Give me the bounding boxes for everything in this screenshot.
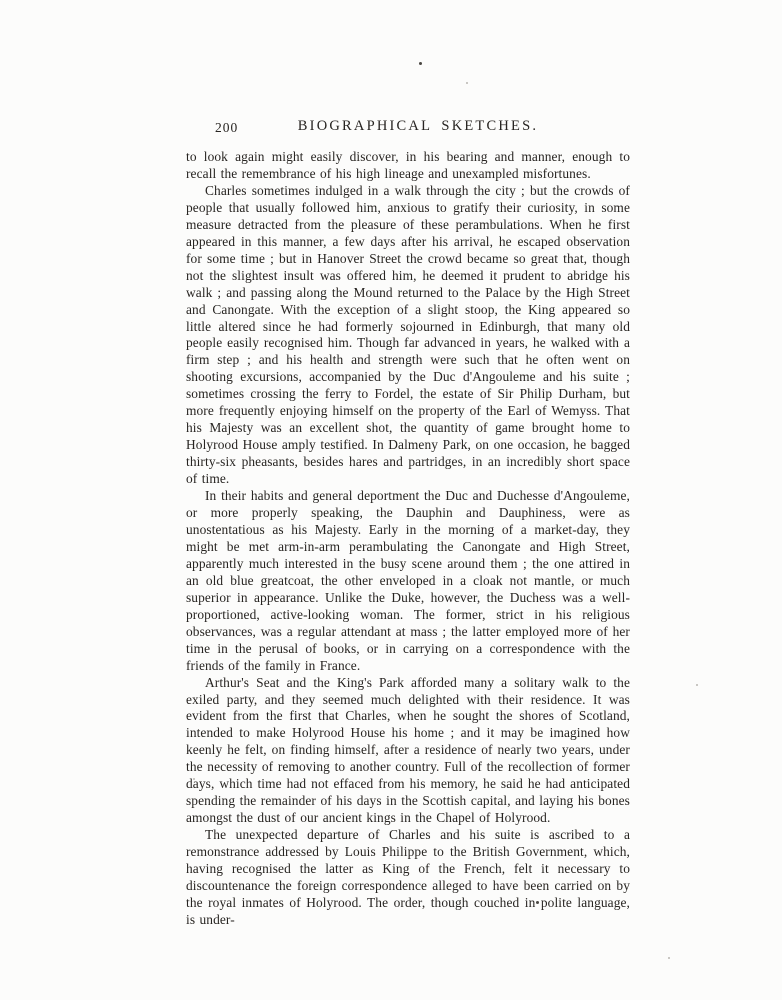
scan-speck [668, 957, 670, 959]
scan-speck [193, 778, 195, 780]
paragraph: In their habits and general deportment t… [186, 488, 630, 674]
scan-speck [536, 901, 539, 904]
paragraph: Arthur's Seat and the King's Park afford… [186, 675, 630, 828]
paragraph-continuation: to look again might easily discover, in … [186, 149, 630, 183]
page-header: 200 BIOGRAPHICAL SKETCHES. [186, 118, 630, 138]
paragraph: The unexpected departure of Charles and … [186, 827, 630, 929]
text-block: 200 BIOGRAPHICAL SKETCHES. to look again… [186, 118, 630, 929]
page-body: to look again might easily discover, in … [186, 149, 630, 929]
running-title: BIOGRAPHICAL SKETCHES. [206, 118, 630, 135]
scan-speck [466, 82, 468, 84]
scanned-page: 200 BIOGRAPHICAL SKETCHES. to look again… [0, 0, 782, 1000]
scan-speck [419, 62, 422, 65]
scan-speck [696, 684, 698, 686]
paragraph: Charles sometimes indulged in a walk thr… [186, 183, 630, 488]
